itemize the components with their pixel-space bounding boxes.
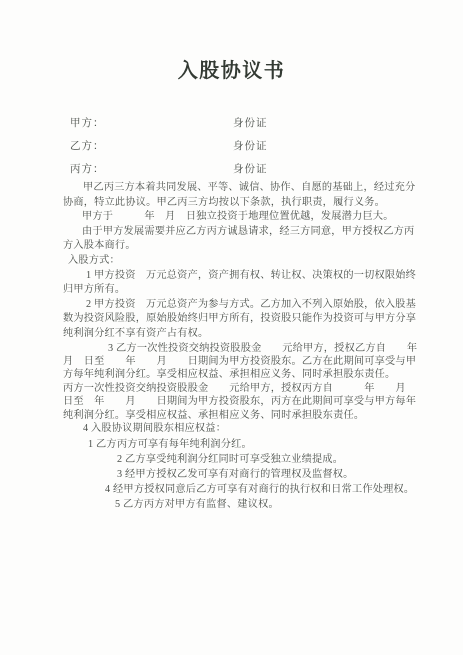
method-item-3-bingfang: 丙方一次性投资交纳投资股股金 元给甲方，授权丙方自 年 月 日至 年 月 日期间… xyxy=(63,382,418,422)
party-name-label: 甲方： xyxy=(70,118,105,129)
method-item-2: 2 甲方投资 万元总资产为参与方式。乙方加入不列入原始股，依入股基数为投资风险股… xyxy=(63,298,418,342)
party-name-label: 丙方： xyxy=(70,164,105,175)
party-name-label: 乙方： xyxy=(70,141,105,152)
method-item-3-yifang: 3 乙方一次性投资交纳投资股股金 元给甲方，授权乙方自 年 月 日至 年 月 日… xyxy=(63,342,418,382)
document-body: 甲乙丙三方本着共同发展、平等、诚信、协作、自愿的基础上，经过充分协商，特立此协议… xyxy=(0,181,463,512)
rights-item-4: 4 经甲方授权同意后乙方可享有对商行的执行权和日常工作处理权。 xyxy=(63,482,418,497)
rights-item-3: 3 经甲方授权乙发可享有对商行的管理权及监督权。 xyxy=(63,467,418,482)
rights-item-2: 2 乙方享受纯利润分红同时可享受独立业绩提成。 xyxy=(63,452,418,467)
rights-item-1: 1 乙方丙方可享有每年纯利润分红。 xyxy=(63,437,418,452)
method-item-1: 1 甲方投资 万元总资产，资产拥有权、转让权、决策权的一切权限始终归甲方所有。 xyxy=(63,269,418,298)
agreement-document-page: 入股协议书 甲方： 身份证 乙方： 身份证 丙方： 身份证 甲乙丙三方本着共同发… xyxy=(0,0,463,655)
party-row-yifang: 乙方： 身份证 xyxy=(70,135,463,158)
solo-investment-line: 甲方于 年 月 日独立投资于地理位置优越，发展潜力巨大。 xyxy=(63,210,418,225)
party-row-jiafang: 甲方： 身份证 xyxy=(70,112,463,135)
party-id-label: 身份证 xyxy=(233,158,268,181)
rights-heading: 4 入股协议期间股东相应权益： xyxy=(63,422,418,437)
rights-item-5: 5 乙方丙方对甲方有监督、建议权。 xyxy=(63,497,418,512)
parties-block: 甲方： 身份证 乙方： 身份证 丙方： 身份证 xyxy=(70,112,463,181)
party-row-bingfang: 丙方： 身份证 xyxy=(70,158,463,181)
authorization-paragraph: 由于甲方发展需要并应乙方丙方诚恳请求，经三方同意，甲方授权乙方丙方入股本商行。 xyxy=(63,225,418,254)
preamble-paragraph: 甲乙丙三方本着共同发展、平等、诚信、协作、自愿的基础上，经过充分协商，特立此协议… xyxy=(63,181,418,210)
party-id-label: 身份证 xyxy=(233,112,268,135)
method-heading: 入股方式： xyxy=(63,254,418,269)
document-title: 入股协议书 xyxy=(0,0,463,83)
party-id-label: 身份证 xyxy=(233,135,268,158)
